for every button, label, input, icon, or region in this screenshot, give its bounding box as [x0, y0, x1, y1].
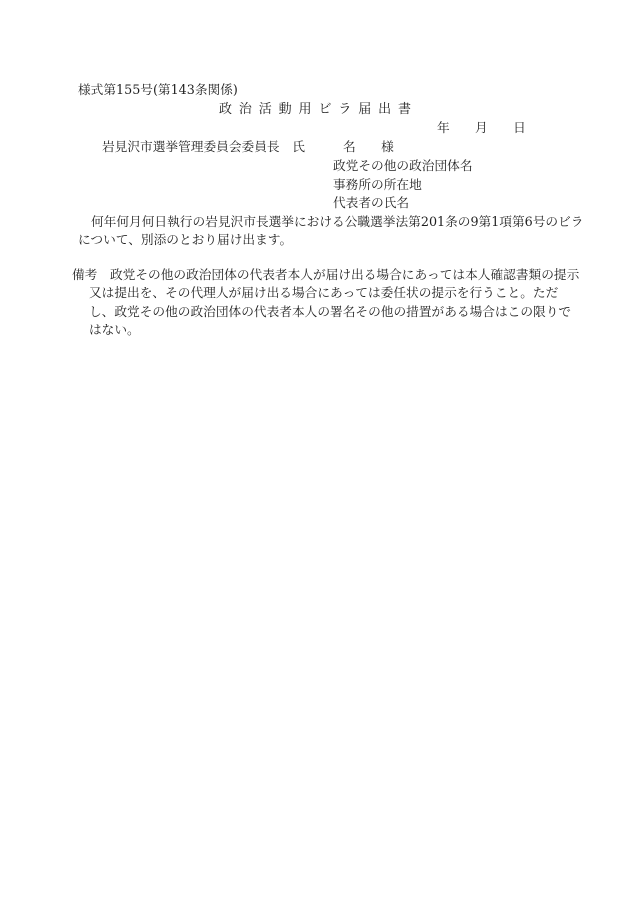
document-page: 様式第155号(第143条関係) 政治活動用ビラ届出書 年 月 日 岩見沢市選挙…: [0, 0, 630, 903]
date-line: 年 月 日: [437, 120, 526, 136]
document-title: 政治活動用ビラ届出書: [0, 102, 630, 118]
remarks-text-line-4: はない。: [89, 322, 140, 338]
addressee-line: 岩見沢市選挙管理委員会委員長 氏 名 様: [102, 139, 394, 155]
party-name-field-label: 政党その他の政治団体名: [333, 158, 473, 174]
body-text-line-1: 何年何月何日執行の岩見沢市長選挙における公職選挙法第201条の9第1項第6号のビ…: [91, 214, 584, 230]
office-address-field-label: 事務所の所在地: [333, 177, 422, 193]
body-text-line-2: について、別添のとおり届け出ます。: [78, 232, 292, 248]
representative-name-field-label: 代表者の氏名: [333, 195, 409, 211]
remarks-text-line-3: し、政党その他の政治団体の代表者本人の署名その他の措置がある場合はこの限りで: [89, 304, 571, 320]
form-number: 様式第155号(第143条関係): [78, 82, 238, 98]
remarks-label: 備考: [72, 267, 97, 283]
remarks-text-line-1: 政党その他の政治団体の代表者本人が届け出る場合にあっては本人確認書類の提示: [110, 267, 579, 283]
remarks-text-line-2: 又は提出を、その代理人が届け出る場合にあっては委任状の提示を行うこと。ただ: [89, 285, 558, 301]
